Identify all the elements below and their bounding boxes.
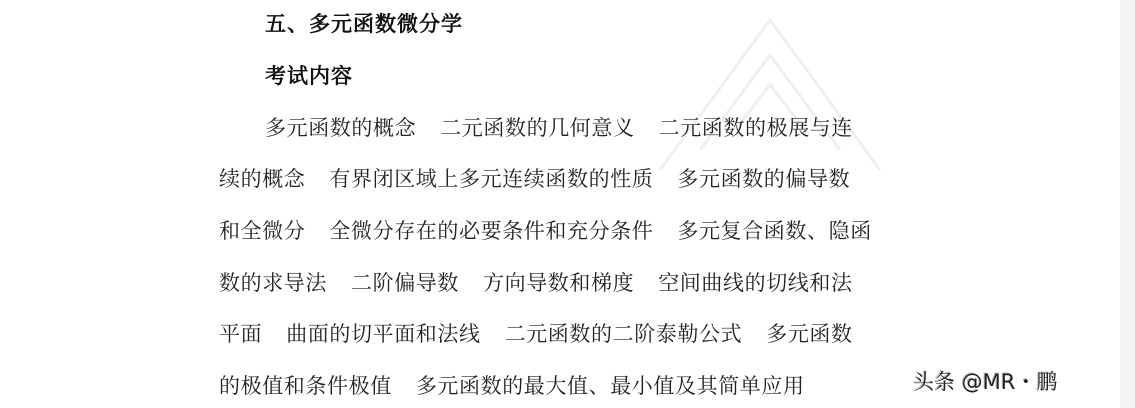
topic: 二元函数的极展与连 bbox=[659, 116, 853, 140]
side-margin-strip bbox=[1120, 0, 1135, 408]
document-page: 五、多元函数微分学 考试内容 多元函数的概念二元函数的几何意义二元函数的极展与连… bbox=[0, 0, 1120, 408]
content-line-6: 的极值和条件极值多元函数的最大值、最小值及其简单应用 bbox=[219, 370, 909, 400]
content-line-2: 续的概念有界闭区域上多元连续函数的性质多元函数的偏导数 bbox=[219, 163, 909, 193]
topic: 二元函数的几何意义 bbox=[440, 116, 634, 140]
subsection-title: 考试内容 bbox=[265, 60, 353, 90]
topic: 平面 bbox=[219, 322, 262, 346]
topic: 多元函数的概念 bbox=[265, 116, 416, 140]
topic: 和全微分 bbox=[219, 219, 305, 243]
topic: 数的求导法 bbox=[219, 271, 327, 295]
topic: 的极值和条件极值 bbox=[219, 374, 392, 398]
content-line-3: 和全微分全微分存在的必要条件和充分条件多元复合函数、隐函 bbox=[219, 215, 909, 245]
topic: 续的概念 bbox=[219, 167, 305, 191]
faint-watermark-pattern bbox=[640, 0, 900, 180]
section-title: 五、多元函数微分学 bbox=[265, 8, 463, 38]
topic: 空间曲线的切线和法 bbox=[658, 271, 852, 295]
topic: 曲面的切平面和法线 bbox=[286, 322, 480, 346]
content-line-1: 多元函数的概念二元函数的几何意义二元函数的极展与连 bbox=[265, 112, 909, 142]
topic: 有界闭区域上多元连续函数的性质 bbox=[329, 167, 653, 191]
topic: 多元函数的最大值、最小值及其简单应用 bbox=[416, 374, 805, 398]
content-line-5: 平面曲面的切平面和法线二元函数的二阶泰勒公式多元函数 bbox=[219, 318, 909, 348]
topic: 多元函数 bbox=[766, 322, 852, 346]
topic: 多元函数的偏导数 bbox=[677, 167, 850, 191]
topic: 全微分存在的必要条件和充分条件 bbox=[329, 219, 653, 243]
topic: 方向导数和梯度 bbox=[483, 271, 634, 295]
topic: 多元复合函数、隐函 bbox=[677, 219, 871, 243]
author-watermark: 头条 @MR・鹏 bbox=[913, 366, 1057, 396]
topic: 二元函数的二阶泰勒公式 bbox=[505, 322, 743, 346]
content-line-4: 数的求导法二阶偏导数方向导数和梯度空间曲线的切线和法 bbox=[219, 267, 909, 297]
topic: 二阶偏导数 bbox=[351, 271, 459, 295]
